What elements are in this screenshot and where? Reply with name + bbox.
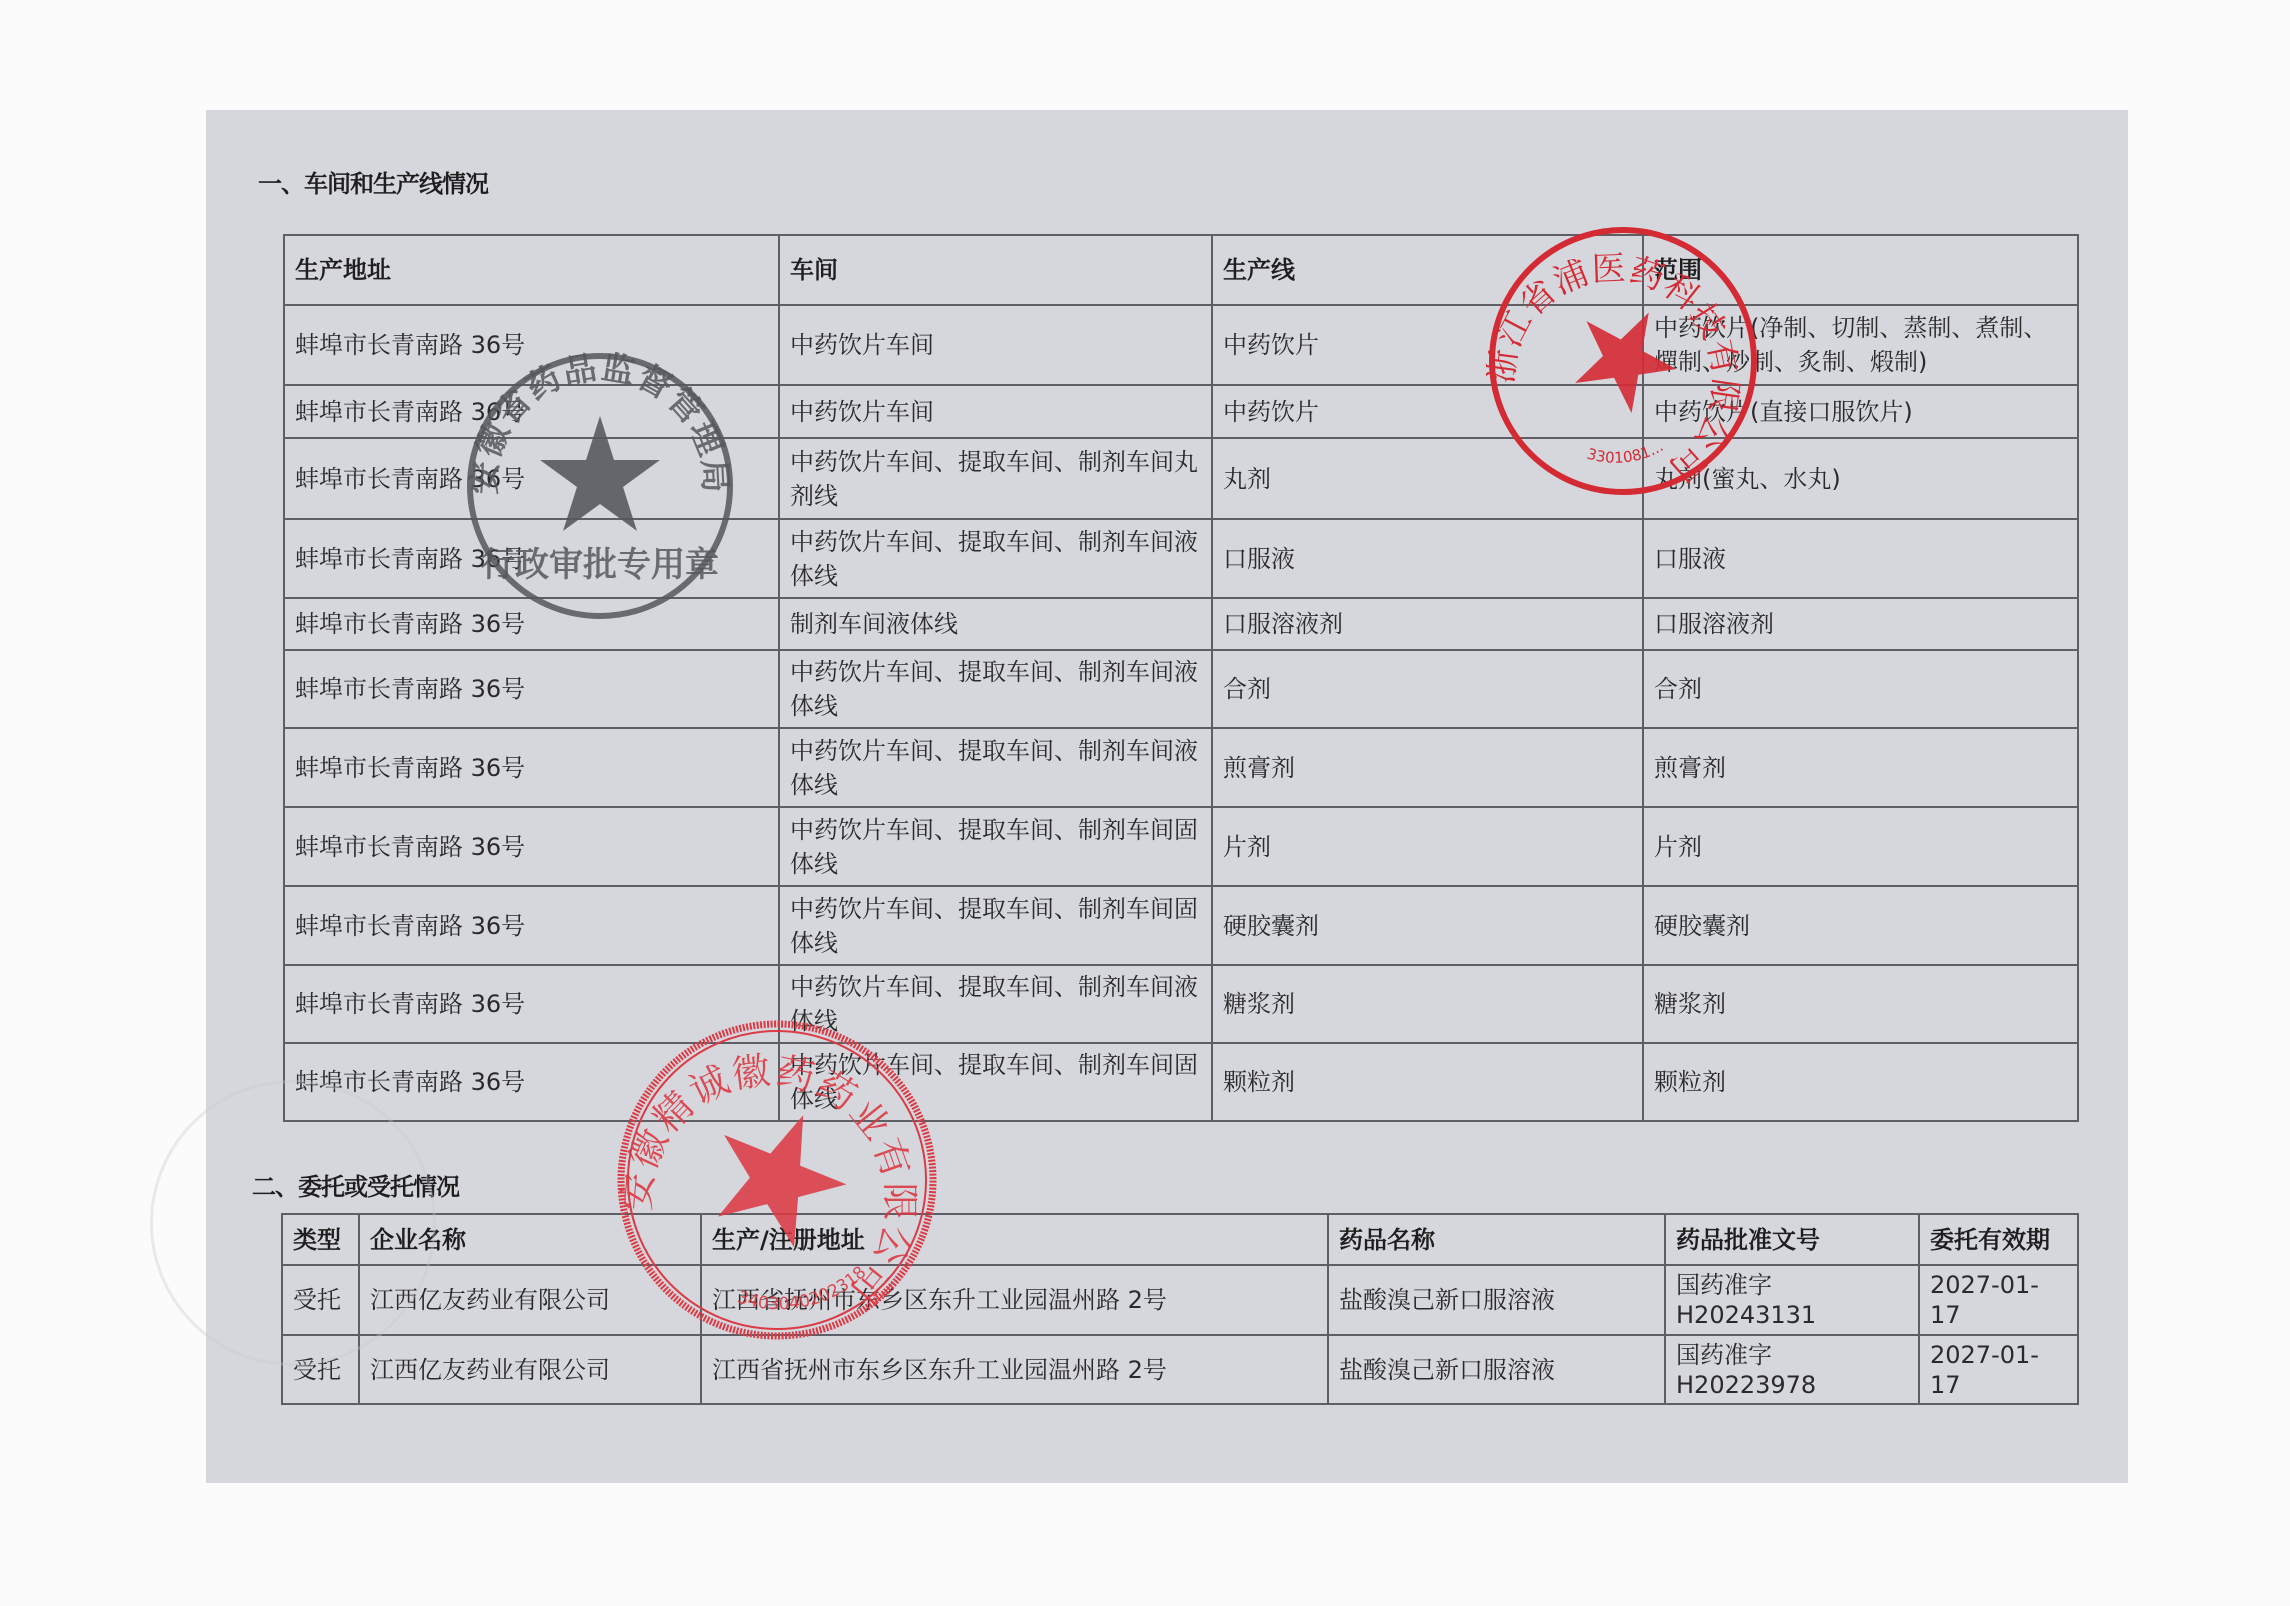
- cell-workshop: 中药饮片车间、提取车间、制剂车间液体线: [779, 519, 1212, 598]
- cell-scope: 颗粒剂: [1643, 1043, 2078, 1121]
- cell-workshop: 中药饮片车间: [779, 305, 1212, 385]
- cell-address: 蚌埠市长青南路 36号: [284, 305, 779, 385]
- cell-address: 蚌埠市长青南路 36号: [284, 650, 779, 728]
- workshop-table: 生产地址 车间 生产线 范围 蚌埠市长青南路 36号中药饮片车间中药饮片中药饮片…: [283, 234, 2079, 1122]
- header-validity: 委托有效期: [1919, 1214, 2078, 1265]
- table-row: 蚌埠市长青南路 36号中药饮片车间中药饮片中药饮片(净制、切制、蒸制、煮制、燀制…: [284, 305, 2078, 385]
- cell-line: 中药饮片: [1212, 305, 1643, 385]
- cell-validity: 2027-01-17: [1919, 1335, 2078, 1404]
- cell-drug: 盐酸溴己新口服溶液: [1328, 1265, 1665, 1335]
- table-row: 蚌埠市长青南路 36号中药饮片车间中药饮片中药饮片(直接口服饮片): [284, 385, 2078, 438]
- cell-address: 蚌埠市长青南路 36号: [284, 519, 779, 598]
- table-row: 蚌埠市长青南路 36号中药饮片车间、提取车间、制剂车间液体线合剂合剂: [284, 650, 2078, 728]
- cell-address: 蚌埠市长青南路 36号: [284, 886, 779, 965]
- cell-address: 蚌埠市长青南路 36号: [284, 598, 779, 650]
- header-address: 生产/注册地址: [701, 1214, 1328, 1265]
- table-row: 蚌埠市长青南路 36号中药饮片车间、提取车间、制剂车间液体线口服液口服液: [284, 519, 2078, 598]
- table-header-row: 生产地址 车间 生产线 范围: [284, 235, 2078, 305]
- table-row: 受托江西亿友药业有限公司江西省抚州市东乡区东升工业园温州路 2号盐酸溴己新口服溶…: [282, 1265, 2078, 1335]
- cell-line: 硬胶囊剂: [1212, 886, 1643, 965]
- cell-line: 颗粒剂: [1212, 1043, 1643, 1121]
- entrust-table: 类型 企业名称 生产/注册地址 药品名称 药品批准文号 委托有效期 受托江西亿友…: [281, 1213, 2079, 1405]
- cell-address: 蚌埠市长青南路 36号: [284, 728, 779, 807]
- header-line: 生产线: [1212, 235, 1643, 305]
- cell-workshop: 中药饮片车间、提取车间、制剂车间液体线: [779, 650, 1212, 728]
- table-row: 蚌埠市长青南路 36号中药饮片车间、提取车间、制剂车间丸剂线丸剂丸剂(蜜丸、水丸…: [284, 438, 2078, 519]
- header-drug: 药品名称: [1328, 1214, 1665, 1265]
- cell-workshop: 中药饮片车间、提取车间、制剂车间丸剂线: [779, 438, 1212, 519]
- cell-line: 中药饮片: [1212, 385, 1643, 438]
- table-row: 蚌埠市长青南路 36号中药饮片车间、提取车间、制剂车间液体线糖浆剂糖浆剂: [284, 965, 2078, 1043]
- cell-workshop: 制剂车间液体线: [779, 598, 1212, 650]
- table-row: 蚌埠市长青南路 36号中药饮片车间、提取车间、制剂车间液体线煎膏剂煎膏剂: [284, 728, 2078, 807]
- cell-address: 蚌埠市长青南路 36号: [284, 1043, 779, 1121]
- cell-line: 糖浆剂: [1212, 965, 1643, 1043]
- cell-address: 江西省抚州市东乡区东升工业园温州路 2号: [701, 1335, 1328, 1404]
- table-row: 蚌埠市长青南路 36号中药饮片车间、提取车间、制剂车间固体线颗粒剂颗粒剂: [284, 1043, 2078, 1121]
- cell-workshop: 中药饮片车间、提取车间、制剂车间固体线: [779, 807, 1212, 886]
- cell-line: 煎膏剂: [1212, 728, 1643, 807]
- cell-scope: 丸剂(蜜丸、水丸): [1643, 438, 2078, 519]
- cell-company: 江西亿友药业有限公司: [359, 1335, 701, 1404]
- section-2-title: 二、委托或受托情况: [252, 1167, 459, 1202]
- table-row: 受托江西亿友药业有限公司江西省抚州市东乡区东升工业园温州路 2号盐酸溴己新口服溶…: [282, 1335, 2078, 1404]
- header-approval: 药品批准文号: [1665, 1214, 1919, 1265]
- cell-scope: 中药饮片(净制、切制、蒸制、煮制、燀制、炒制、炙制、煅制): [1643, 305, 2078, 385]
- cell-validity: 2027-01-17: [1919, 1265, 2078, 1335]
- table-row: 蚌埠市长青南路 36号中药饮片车间、提取车间、制剂车间固体线硬胶囊剂硬胶囊剂: [284, 886, 2078, 965]
- table-row: 蚌埠市长青南路 36号中药饮片车间、提取车间、制剂车间固体线片剂片剂: [284, 807, 2078, 886]
- cell-scope: 合剂: [1643, 650, 2078, 728]
- header-scope: 范围: [1643, 235, 2078, 305]
- section-1-title: 一、车间和生产线情况: [258, 164, 488, 199]
- header-company: 企业名称: [359, 1214, 701, 1265]
- cell-approval: 国药准字 H20223978: [1665, 1335, 1919, 1404]
- table-header-row: 类型 企业名称 生产/注册地址 药品名称 药品批准文号 委托有效期: [282, 1214, 2078, 1265]
- cell-company: 江西亿友药业有限公司: [359, 1265, 701, 1335]
- cell-line: 合剂: [1212, 650, 1643, 728]
- cell-scope: 口服液: [1643, 519, 2078, 598]
- cell-address: 蚌埠市长青南路 36号: [284, 438, 779, 519]
- cell-scope: 硬胶囊剂: [1643, 886, 2078, 965]
- cell-line: 丸剂: [1212, 438, 1643, 519]
- cell-address: 蚌埠市长青南路 36号: [284, 385, 779, 438]
- cell-workshop: 中药饮片车间、提取车间、制剂车间固体线: [779, 1043, 1212, 1121]
- header-type: 类型: [282, 1214, 359, 1265]
- cell-workshop: 中药饮片车间: [779, 385, 1212, 438]
- table-row: 蚌埠市长青南路 36号制剂车间液体线口服溶液剂口服溶液剂: [284, 598, 2078, 650]
- cell-scope: 糖浆剂: [1643, 965, 2078, 1043]
- cell-scope: 口服溶液剂: [1643, 598, 2078, 650]
- cell-scope: 片剂: [1643, 807, 2078, 886]
- cell-scope: 中药饮片(直接口服饮片): [1643, 385, 2078, 438]
- cell-type: 受托: [282, 1335, 359, 1404]
- cell-line: 片剂: [1212, 807, 1643, 886]
- cell-line: 口服液: [1212, 519, 1643, 598]
- cell-workshop: 中药饮片车间、提取车间、制剂车间液体线: [779, 728, 1212, 807]
- cell-address: 江西省抚州市东乡区东升工业园温州路 2号: [701, 1265, 1328, 1335]
- cell-approval: 国药准字 H20243131: [1665, 1265, 1919, 1335]
- header-workshop: 车间: [779, 235, 1212, 305]
- cell-address: 蚌埠市长青南路 36号: [284, 965, 779, 1043]
- cell-line: 口服溶液剂: [1212, 598, 1643, 650]
- cell-drug: 盐酸溴己新口服溶液: [1328, 1335, 1665, 1404]
- cell-type: 受托: [282, 1265, 359, 1335]
- header-address: 生产地址: [284, 235, 779, 305]
- cell-workshop: 中药饮片车间、提取车间、制剂车间液体线: [779, 965, 1212, 1043]
- cell-scope: 煎膏剂: [1643, 728, 2078, 807]
- cell-address: 蚌埠市长青南路 36号: [284, 807, 779, 886]
- cell-workshop: 中药饮片车间、提取车间、制剂车间固体线: [779, 886, 1212, 965]
